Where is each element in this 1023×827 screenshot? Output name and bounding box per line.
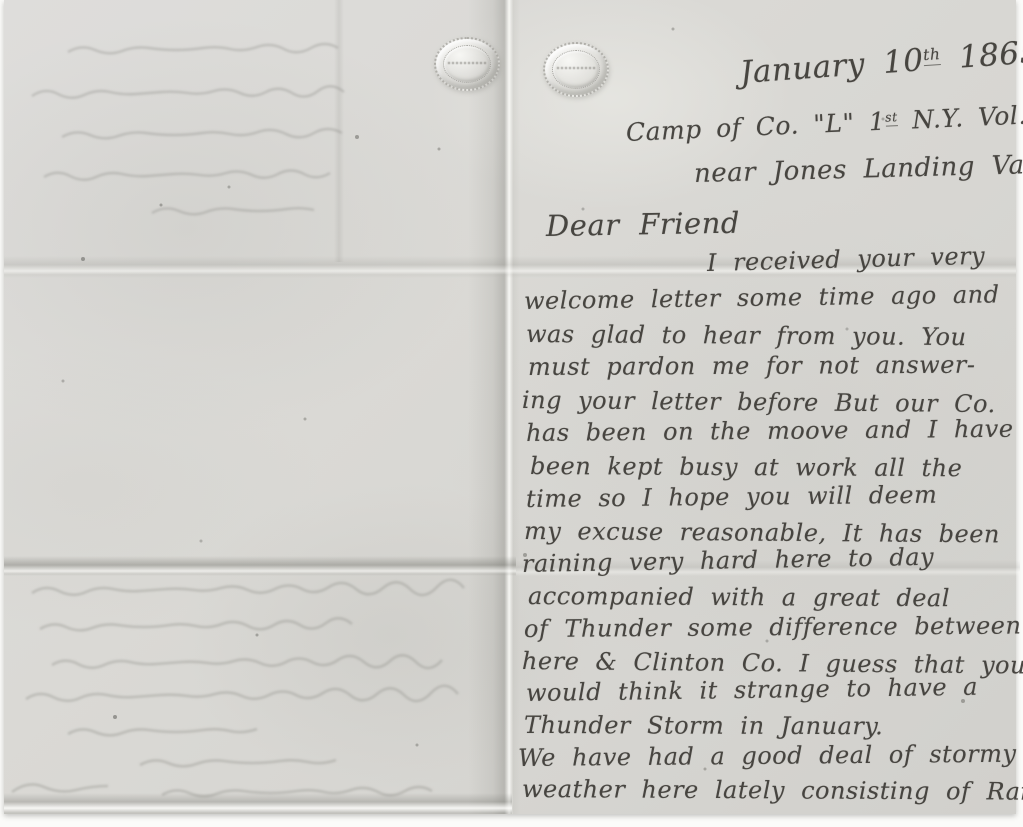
left-page	[4, 0, 504, 814]
letter-paper: January 10th 1865 Camp of Co. "L" 1st N.…	[4, 0, 1016, 814]
dateline: January 10th 1865	[739, 35, 1023, 90]
scan-background: January 10th 1865 Camp of Co. "L" 1st N.…	[0, 0, 1023, 827]
body-line: accompanied with a great deal	[528, 583, 950, 612]
body-line: raining very hard here to day	[522, 544, 935, 578]
body-line: weather here lately consisting of Rain	[522, 776, 1023, 805]
body-line: Thunder Storm in January.	[524, 712, 883, 740]
dateline-text: January 10	[739, 42, 925, 91]
dateline-ordinal-suffix: th	[923, 45, 942, 66]
body-line: We have had a good deal of stormy	[518, 741, 1017, 772]
opening-line: I received your very	[707, 243, 986, 277]
unit-line: Camp of Co. "L" 1st N.Y. Vol. Engrs	[625, 98, 1023, 146]
body-line: of Thunder some difference between	[524, 613, 1022, 643]
body-line: was glad to hear from you. You	[526, 321, 967, 350]
body-line: welcome letter some time ago and	[524, 281, 1000, 314]
body-line: has been on the moove and I have	[526, 416, 1014, 447]
body-line: time so I hope you will deem	[526, 482, 938, 513]
body-line: must pardon me for not answer-	[528, 352, 976, 381]
unit-ordinal-suffix: st	[885, 109, 898, 127]
unit-line-text: Camp of Co. "L" 1	[625, 107, 886, 147]
dateline-year: 1865	[939, 34, 1023, 77]
body-line: been kept busy at work all the	[530, 453, 963, 482]
unit-line-text-2: N.Y. Vol. Eng	[897, 98, 1023, 135]
paper-specks	[4, 0, 6, 2]
location-line: near Jones Landing Va.	[694, 151, 1023, 188]
right-page: January 10th 1865 Camp of Co. "L" 1st N.…	[504, 0, 1016, 814]
salutation: Dear Friend	[546, 208, 740, 243]
body-line: would think it strange to have a	[526, 674, 978, 707]
body-line: ing your letter before But our Co.	[522, 387, 996, 418]
